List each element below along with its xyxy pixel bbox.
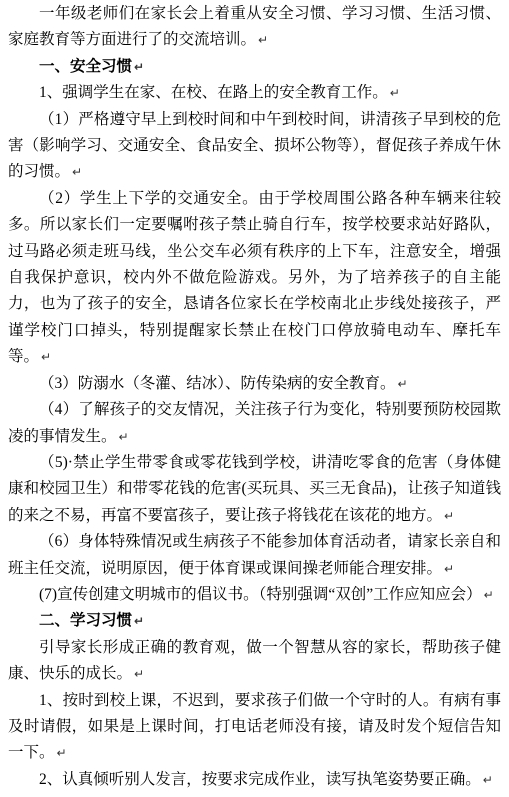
paragraph-safety-item-1: 1、强调学生在家、在校、在路上的安全教育工作。↵ xyxy=(8,80,501,106)
paragraph-text: （2）学生上下学的交通安全。由于学校周围公路各种车辆来往较多。所以家长们一定要嘱… xyxy=(8,190,501,365)
paragraph-safety-sub-6: （6）身体特殊情况或生病孩子不能参加体育活动者，请家长亲自和班主任交流，说明原因… xyxy=(8,529,501,582)
paragraph-mark-icon: ↵ xyxy=(388,86,400,100)
document-page: 一年级老师们在家长会上着重从安全习惯、学习习惯、生活习惯、家庭教育等方面进行了的… xyxy=(0,0,509,797)
paragraph-text: （3）防溺水（冬灌、结冰）、防传染病的安全教育。 xyxy=(39,375,396,392)
paragraph-mark-icon: ↵ xyxy=(70,165,82,179)
paragraph-safety-sub-1: （1）严格遵守早上到校时间和中午到校时间，讲清孩子早到校的危害（影响学习、交通安… xyxy=(8,107,501,186)
paragraph-mark-icon: ↵ xyxy=(132,614,144,628)
paragraph-text: 2、认真倾听别人发言，按要求完成作业，读写执笔姿势要正确。 xyxy=(39,771,481,788)
paragraph-mark-icon: ↵ xyxy=(442,562,454,576)
paragraph-mark-icon: ↵ xyxy=(117,430,129,444)
paragraph-text: 引导家长形成正确的教育观，做一个智慧从容的家长，帮助孩子健康、快乐的成长。 xyxy=(8,639,501,682)
paragraph-text: （5)·禁止学生带零食或零花钱到学校，讲清吃零食的危害（身体健康和校园卫生）和带… xyxy=(8,454,501,524)
paragraph-mark-icon: ↵ xyxy=(481,773,493,787)
paragraph-safety-sub-7: (7)宣传创建文明城市的倡议书。（特别强调“双创”工作应知应会）↵ xyxy=(8,582,501,608)
paragraph-mark-icon: ↵ xyxy=(482,588,494,602)
paragraph-mark-icon: ↵ xyxy=(396,377,408,391)
paragraph-safety-sub-4: （4）了解孩子的交友情况，关注孩子行为变化，特别要预防校园欺凌的事情发生。↵ xyxy=(8,397,501,450)
paragraph-safety-sub-2: （2）学生上下学的交通安全。由于学校周围公路各种车辆来往较多。所以家长们一定要嘱… xyxy=(8,186,501,371)
paragraph-safety-sub-3: （3）防溺水（冬灌、结冰）、防传染病的安全教育。↵ xyxy=(8,371,501,397)
paragraph-mark-icon: ↵ xyxy=(256,33,268,47)
paragraph-mark-icon: ↵ xyxy=(132,667,144,681)
paragraph-intro: 一年级老师们在家长会上着重从安全习惯、学习习惯、生活习惯、家庭教育等方面进行了的… xyxy=(8,1,501,54)
paragraph-study-intro: 引导家长形成正确的教育观，做一个智慧从容的家长，帮助孩子健康、快乐的成长。↵ xyxy=(8,635,501,688)
heading-safety-habits: 一、安全习惯↵ xyxy=(8,54,501,80)
heading-study-habits: 二、学习习惯↵ xyxy=(8,608,501,634)
paragraph-safety-sub-5: （5)·禁止学生带零食或零花钱到学校，讲清吃零食的危害（身体健康和校园卫生）和带… xyxy=(8,450,501,529)
paragraph-mark-icon: ↵ xyxy=(132,60,144,74)
paragraph-text: (7)宣传创建文明城市的倡议书。（特别强调“双创”工作应知应会） xyxy=(39,586,482,603)
paragraph-text: 1、按时到校上课，不迟到，要求孩子们做一个守时的人。有病有事及时请假，如果是上课… xyxy=(8,692,501,762)
paragraph-mark-icon: ↵ xyxy=(55,746,67,760)
heading-text: 二、学习习惯 xyxy=(39,612,132,629)
paragraph-mark-icon: ↵ xyxy=(39,350,51,364)
paragraph-text: （6）身体特殊情况或生病孩子不能参加体育活动者，请家长亲自和班主任交流，说明原因… xyxy=(8,533,501,576)
heading-text: 一、安全习惯 xyxy=(39,58,132,75)
paragraph-text: 一年级老师们在家长会上着重从安全习惯、学习习惯、生活习惯、家庭教育等方面进行了的… xyxy=(8,5,501,48)
paragraph-study-item-1: 1、按时到校上课，不迟到，要求孩子们做一个守时的人。有病有事及时请假，如果是上课… xyxy=(8,688,501,767)
paragraph-text: （4）了解孩子的交友情况，关注孩子行为变化，特别要预防校园欺凌的事情发生。 xyxy=(8,401,501,444)
paragraph-study-item-2: 2、认真倾听别人发言，按要求完成作业，读写执笔姿势要正确。↵ xyxy=(8,767,501,793)
paragraph-text: 1、强调学生在家、在校、在路上的安全教育工作。 xyxy=(39,84,388,101)
paragraph-mark-icon: ↵ xyxy=(442,509,454,523)
